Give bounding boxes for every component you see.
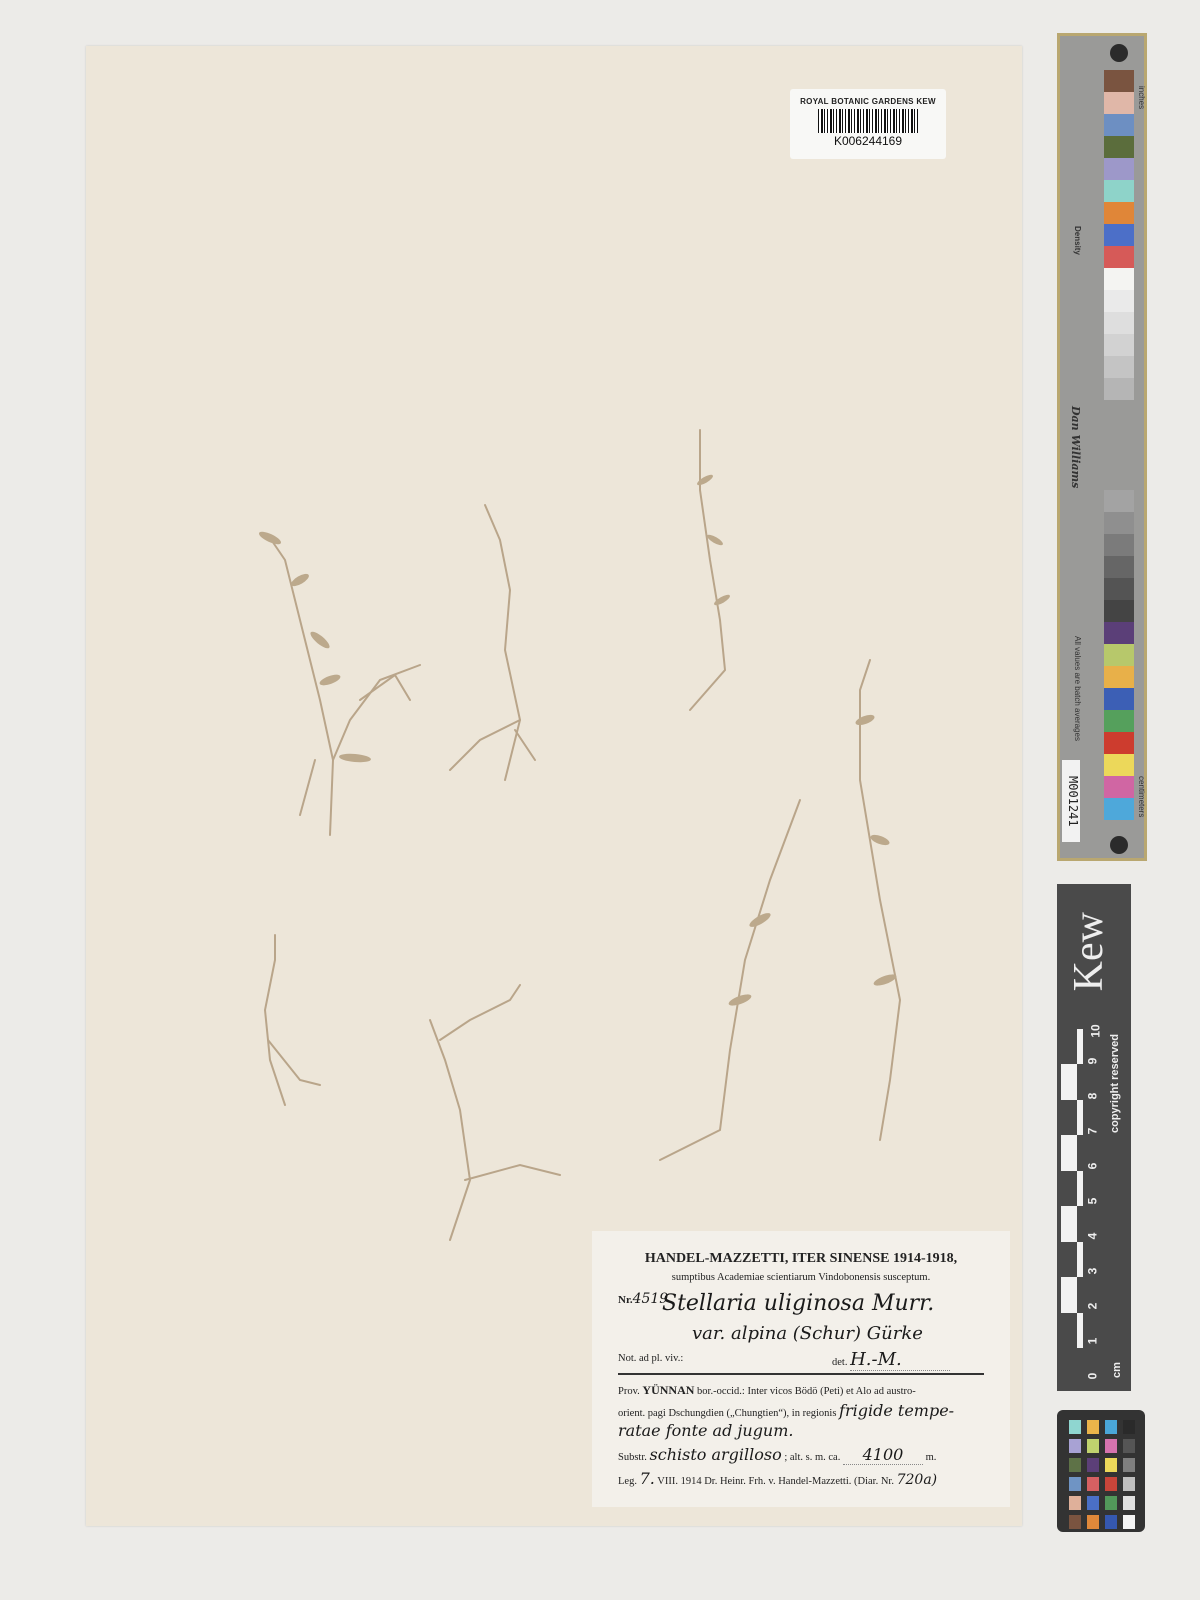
color-checker-card [1057,1410,1145,1532]
determiner-row: det. H.-M. [832,1349,950,1371]
checker-patch [1069,1458,1081,1472]
color-swatch [1104,312,1134,334]
color-swatch [1104,754,1134,776]
color-swatch [1104,600,1134,622]
plant-specimens [0,0,1030,1260]
label-header: HANDEL-MAZZETTI, ITER SINENSE 1914-1918, [592,1251,1010,1267]
color-swatch [1104,246,1134,268]
checker-patch [1069,1420,1081,1434]
checker-patch [1069,1496,1081,1510]
checker-patch [1069,1515,1081,1529]
checker-patch [1105,1496,1117,1510]
color-swatch [1104,180,1134,202]
footnote: All values are batch averages [1073,636,1082,741]
province: YÜNNAN [642,1383,694,1397]
color-swatch [1104,290,1134,312]
kew-logo: Kew [1065,912,1113,991]
color-swatch [1104,378,1134,400]
checker-patch [1123,1458,1135,1472]
color-swatch [1104,556,1134,578]
copyright-text: copyright reserved [1109,1034,1121,1133]
hole-icon [1110,836,1128,854]
altitude-value: 4100 [843,1445,923,1465]
checker-patch [1087,1477,1099,1491]
color-calibration-bar: inches centimeters Density Dan Williams … [1057,33,1147,861]
checker-patch [1123,1477,1135,1491]
color-swatch [1104,622,1134,644]
scale-numbers: 0 1 2 3 4 5 6 7 8 9 10 [1089,1024,1107,1384]
det-value: H.-M. [850,1349,950,1371]
collector-label: HANDEL-MAZZETTI, ITER SINENSE 1914-1918,… [592,1231,1010,1507]
color-swatch [1104,490,1134,512]
color-swatch [1104,732,1134,754]
color-swatch [1104,202,1134,224]
checker-patch [1105,1420,1117,1434]
checker-patch [1123,1420,1135,1434]
substrate-value: schisto argilloso [650,1445,782,1464]
color-swatch [1104,224,1134,246]
color-swatch [1104,512,1134,534]
checker-patch [1087,1420,1099,1434]
checker-patch [1069,1477,1081,1491]
centimeter-scale [1061,1029,1085,1384]
specimen-id-tag: M001241 [1062,760,1080,842]
collector-row: Leg. 7. VIII. 1914 Dr. Heinr. Frh. v. Ha… [618,1469,937,1488]
hole-icon [1110,44,1128,62]
color-swatch [1104,798,1134,820]
color-swatch [1104,534,1134,556]
centimeters-label: centimeters [1137,776,1146,817]
substrate-row: Substr. schisto argilloso ; alt. s. m. c… [618,1445,936,1465]
det-label: det. [832,1357,847,1368]
label-divider [618,1373,984,1375]
notes-label: Not. ad pl. viv.: [618,1353,683,1364]
label-subheader: sumptibus Academiae scientiarum Vindobon… [592,1272,1010,1283]
checker-patch [1087,1496,1099,1510]
taxon-variety: var. alpina (Schur) Gürke [692,1323,923,1344]
color-swatch [1104,136,1134,158]
checker-patch [1105,1515,1117,1529]
density-label: Density [1073,226,1082,255]
checker-patch [1069,1439,1081,1453]
diary-number: 720a) [897,1472,938,1488]
brand-label: Dan Williams [1069,406,1082,488]
number-prefix: Nr. [618,1294,633,1306]
locality-row-2: orient. pagi Dschungdien („Chungtien“), … [618,1401,954,1420]
checker-patch [1087,1458,1099,1472]
checker-patch [1123,1515,1135,1529]
color-swatch [1104,334,1134,356]
cm-unit: cm [1111,1362,1123,1378]
color-swatch [1104,70,1134,92]
checker-patch [1123,1496,1135,1510]
color-swatch [1104,710,1134,732]
color-swatch [1104,356,1134,378]
leg-day: 7. [640,1469,655,1488]
color-swatch [1104,578,1134,600]
color-swatch [1104,92,1134,114]
color-swatch [1104,644,1134,666]
kew-scale-bar: Kew copyright reserved 0 1 2 3 4 5 6 7 8… [1057,884,1131,1391]
inches-label: inches [1137,86,1146,109]
color-swatch [1104,776,1134,798]
checker-patch [1105,1477,1117,1491]
color-swatch [1104,158,1134,180]
taxon-name: Stellaria uliginosa Murr. [662,1291,934,1316]
checker-patch [1087,1439,1099,1453]
checker-patch [1123,1439,1135,1453]
checker-patch [1087,1515,1099,1529]
color-swatch [1104,114,1134,136]
color-swatch [1104,666,1134,688]
checker-patch [1105,1458,1117,1472]
locality-row-1: Prov. YÜNNAN bor.-occid.: Inter vicos Bö… [618,1383,916,1398]
color-swatch [1104,268,1134,290]
checker-patch [1105,1439,1117,1453]
color-swatch [1104,688,1134,710]
locality-row-3: ratae fonte ad jugum. [618,1421,794,1440]
